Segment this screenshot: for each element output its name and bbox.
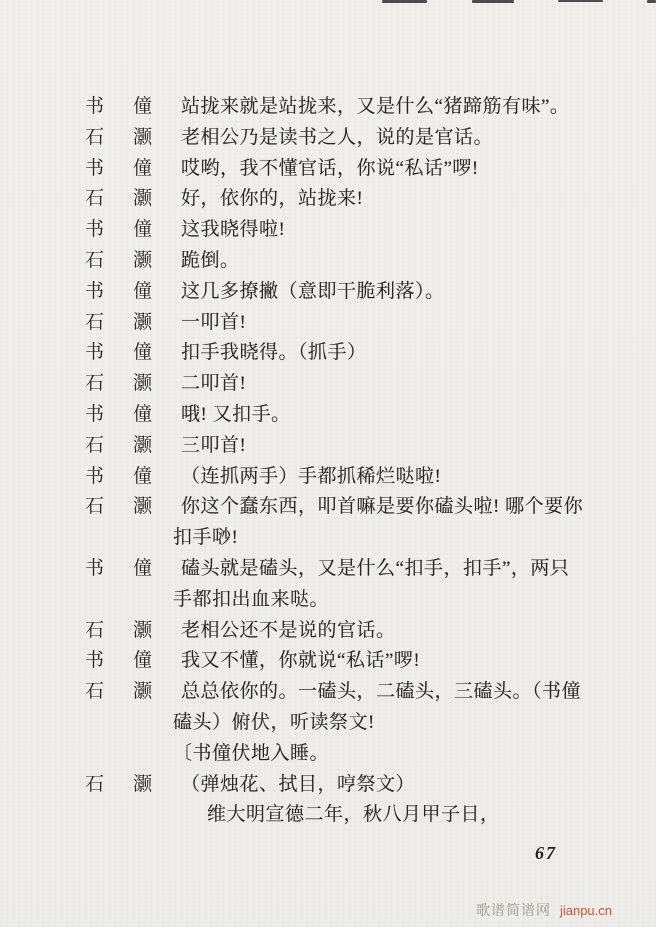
watermark: 歌谱简谱网 jianpu.cn	[476, 900, 612, 920]
script-line: 书僮这几多撩撇（意即干脆利落）。	[85, 277, 585, 308]
speaker-name: 书僮	[85, 554, 181, 585]
speaker-name: 书僮	[85, 154, 181, 185]
script-line: 维大明宣德二年，秋八月甲子日，	[85, 800, 585, 831]
scan-artifact-dash	[647, 0, 656, 3]
dialogue-text: 磕头就是磕头，又是什么“扣手，扣手”，两只	[181, 554, 585, 585]
dialogue-text: 扣手我晓得。（抓手）	[181, 338, 585, 369]
dialogue-text: 站拢来就是站拢来，又是什么“猪蹄筋有味”。	[181, 92, 585, 123]
speaker-name: 石灏	[85, 184, 181, 215]
script-line: 手都扣出血来哒。	[85, 585, 585, 616]
dialogue-text: （连抓两手）手都抓稀烂哒啦!	[181, 462, 585, 493]
script-line: 扣手唦!	[85, 523, 585, 554]
script-line: 石灏你这个蠢东西，叩首嘛是要你磕头啦! 哪个要你	[85, 492, 585, 523]
speaker-name: 石灏	[85, 770, 181, 801]
speaker-name: 石灏	[85, 616, 181, 647]
script-dialogue: 书僮站拢来就是站拢来，又是什么“猪蹄筋有味”。石灏老相公乃是读书之人，说的是官话…	[85, 92, 585, 831]
dialogue-text: 扣手唦!	[173, 523, 585, 554]
speaker-name: 书僮	[85, 338, 181, 369]
speaker-name: 石灏	[85, 492, 181, 523]
speaker-name: 石灏	[85, 246, 181, 277]
script-line: 书僮我又不懂，你就说“私话”啰!	[85, 646, 585, 677]
dialogue-text: 三叩首!	[181, 431, 585, 462]
speaker-name: 书僮	[85, 215, 181, 246]
dialogue-text: 磕头）俯伏，听读祭文!	[173, 708, 585, 739]
script-line: 书僮哦! 又扣手。	[85, 400, 585, 431]
script-line: 石灏老相公乃是读书之人，说的是官话。	[85, 123, 585, 154]
watermark-site-url: jianpu.cn	[560, 903, 612, 918]
script-line: 石灏总总依你的。一磕头，二磕头，三磕头。（书僮	[85, 677, 585, 708]
dialogue-text: 哦! 又扣手。	[181, 400, 585, 431]
dialogue-text: 我又不懂，你就说“私话”啰!	[181, 646, 585, 677]
dialogue-text: 维大明宣德二年，秋八月甲子日，	[173, 800, 585, 831]
dialogue-text: 〔书僮伏地入睡。	[173, 739, 585, 770]
speaker-name: 石灏	[85, 369, 181, 400]
speaker-name: 石灏	[85, 431, 181, 462]
dialogue-text: （弹烛花、拭目，哼祭文）	[181, 770, 585, 801]
script-line: 书僮（连抓两手）手都抓稀烂哒啦!	[85, 462, 585, 493]
scan-artifact-dash	[558, 0, 603, 2]
script-line: 石灏二叩首!	[85, 369, 585, 400]
dialogue-text: 总总依你的。一磕头，二磕头，三磕头。（书僮	[181, 677, 585, 708]
dialogue-text: 二叩首!	[181, 369, 585, 400]
dialogue-text: 这几多撩撇（意即干脆利落）。	[181, 277, 585, 308]
script-line: 〔书僮伏地入睡。	[85, 739, 585, 770]
dialogue-text: 跪倒。	[181, 246, 585, 277]
dialogue-text: 老相公乃是读书之人，说的是官话。	[181, 123, 585, 154]
speaker-name: 书僮	[85, 400, 181, 431]
speaker-name: 石灏	[85, 677, 181, 708]
script-line: 磕头）俯伏，听读祭文!	[85, 708, 585, 739]
speaker-name: 石灏	[85, 123, 181, 154]
speaker-name: 书僮	[85, 462, 181, 493]
dialogue-text: 你这个蠢东西，叩首嘛是要你磕头啦! 哪个要你	[181, 492, 585, 523]
dialogue-text: 这我晓得啦!	[181, 215, 585, 246]
script-line: 书僮扣手我晓得。（抓手）	[85, 338, 585, 369]
scan-artifact-dash	[472, 0, 514, 3]
dialogue-text: 哎哟，我不懂官话，你说“私话”啰!	[181, 154, 585, 185]
script-line: 书僮磕头就是磕头，又是什么“扣手，扣手”，两只	[85, 554, 585, 585]
script-line: 石灏（弹烛花、拭目，哼祭文）	[85, 770, 585, 801]
dialogue-text: 一叩首!	[181, 308, 585, 339]
script-line: 石灏老相公还不是说的官话。	[85, 616, 585, 647]
speaker-name: 书僮	[85, 277, 181, 308]
scanned-script-page: 书僮站拢来就是站拢来，又是什么“猪蹄筋有味”。石灏老相公乃是读书之人，说的是官话…	[0, 0, 656, 927]
scan-artifact-dash	[382, 0, 427, 3]
script-line: 石灏三叩首!	[85, 431, 585, 462]
script-line: 书僮哎哟，我不懂官话，你说“私话”啰!	[85, 154, 585, 185]
script-line: 石灏好，依你的，站拢来!	[85, 184, 585, 215]
script-line: 石灏跪倒。	[85, 246, 585, 277]
dialogue-text: 好，依你的，站拢来!	[181, 184, 585, 215]
script-line: 石灏一叩首!	[85, 308, 585, 339]
dialogue-text: 老相公还不是说的官话。	[181, 616, 585, 647]
speaker-name: 书僮	[85, 92, 181, 123]
speaker-name: 书僮	[85, 646, 181, 677]
script-line: 书僮站拢来就是站拢来，又是什么“猪蹄筋有味”。	[85, 92, 585, 123]
page-number: 67	[535, 843, 557, 864]
dialogue-text: 手都扣出血来哒。	[173, 585, 585, 616]
speaker-name: 石灏	[85, 308, 181, 339]
script-line: 书僮这我晓得啦!	[85, 215, 585, 246]
watermark-site-name: 歌谱简谱网	[476, 902, 551, 918]
